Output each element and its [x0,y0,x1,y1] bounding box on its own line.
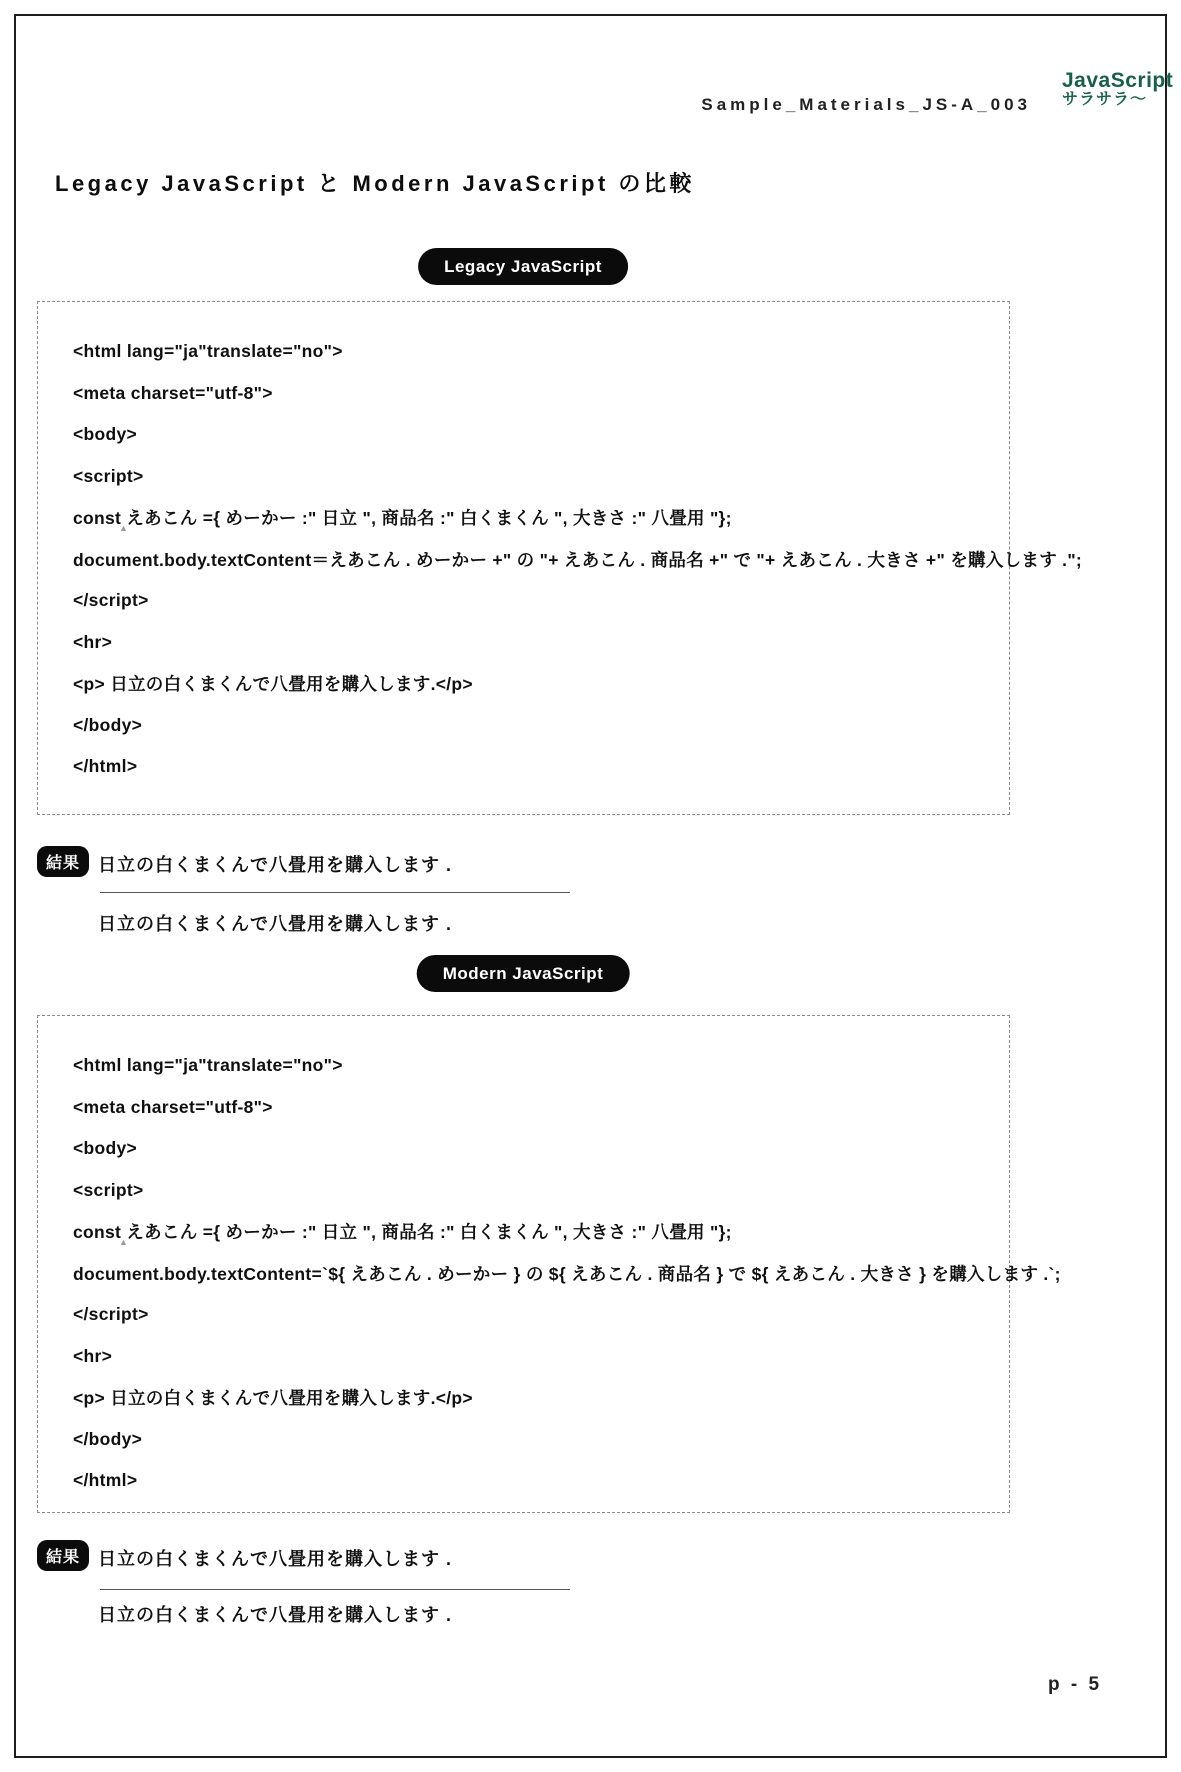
page-title: Legacy JavaScript と Modern JavaScript の比… [55,167,695,198]
code-line: <meta charset="utf-8"> [73,1087,1009,1129]
code-line: <body> [73,1128,1009,1170]
code-line: </script> [73,580,1009,622]
result-line-1: 日立の白くまくんで八畳用を購入します . [98,1545,452,1571]
code-line-textcontent: document.body.textContent=`${ えあこん . めーか… [73,1253,1009,1295]
code-line: </body> [73,705,1009,747]
code-line: <html lang="ja"translate="no"> [73,1045,1009,1087]
legacy-code-box: <html lang="ja"translate="no"> <meta cha… [37,301,1010,815]
result-divider [100,1589,570,1590]
legacy-javascript-badge: Legacy JavaScript [418,248,628,285]
code-line: <body> [73,414,1009,456]
code-line: <script> [73,456,1009,498]
code-line-const: const えあこん ={ めーかー :" 日立 ", 商品名 :" 白くまくん… [73,497,1009,539]
code-line: </script> [73,1294,1009,1336]
code-line-const: const えあこん ={ めーかー :" 日立 ", 商品名 :" 白くまくん… [73,1211,1009,1253]
result-line-1: 日立の白くまくんで八畳用を購入します . [98,851,452,877]
page-number: p - 5 [1048,1674,1102,1696]
logo-text-sarasara: サラサラ〜 [1062,92,1173,109]
space-caret-icon: ▲ [119,1238,128,1247]
code-line: <html lang="ja"translate="no"> [73,331,1009,373]
modern-code-box: <html lang="ja"translate="no"> <meta cha… [37,1015,1010,1513]
code-line: <meta charset="utf-8"> [73,373,1009,415]
code-line: <script> [73,1170,1009,1212]
code-line: <p> 日立の白くまくんで八畳用を購入します.</p> [73,1377,1009,1419]
document-code: Sample_Materials_JS-A_003 [701,95,1031,115]
result-line-2: 日立の白くまくんで八畳用を購入します . [98,1601,452,1627]
modern-javascript-badge: Modern JavaScript [417,955,630,992]
code-line: <hr> [73,622,1009,664]
javascript-sarasara-logo: JavaScript サラサラ〜 [1062,70,1173,109]
result-line-2: 日立の白くまくんで八畳用を購入します . [98,910,452,936]
code-line: </html> [73,746,1009,788]
space-caret-icon: ▲ [119,524,128,533]
logo-text-javascript: JavaScript [1062,70,1173,92]
result-badge: 結果 [37,1540,89,1571]
result-badge: 結果 [37,846,89,877]
code-line: <p> 日立の白くまくんで八畳用を購入します.</p> [73,663,1009,705]
code-line-textcontent: document.body.textContent＝えあこん . めーかー +"… [73,539,1009,581]
code-line: <hr> [73,1336,1009,1378]
code-line: </body> [73,1419,1009,1461]
result-divider [100,892,570,893]
code-line: </html> [73,1460,1009,1502]
